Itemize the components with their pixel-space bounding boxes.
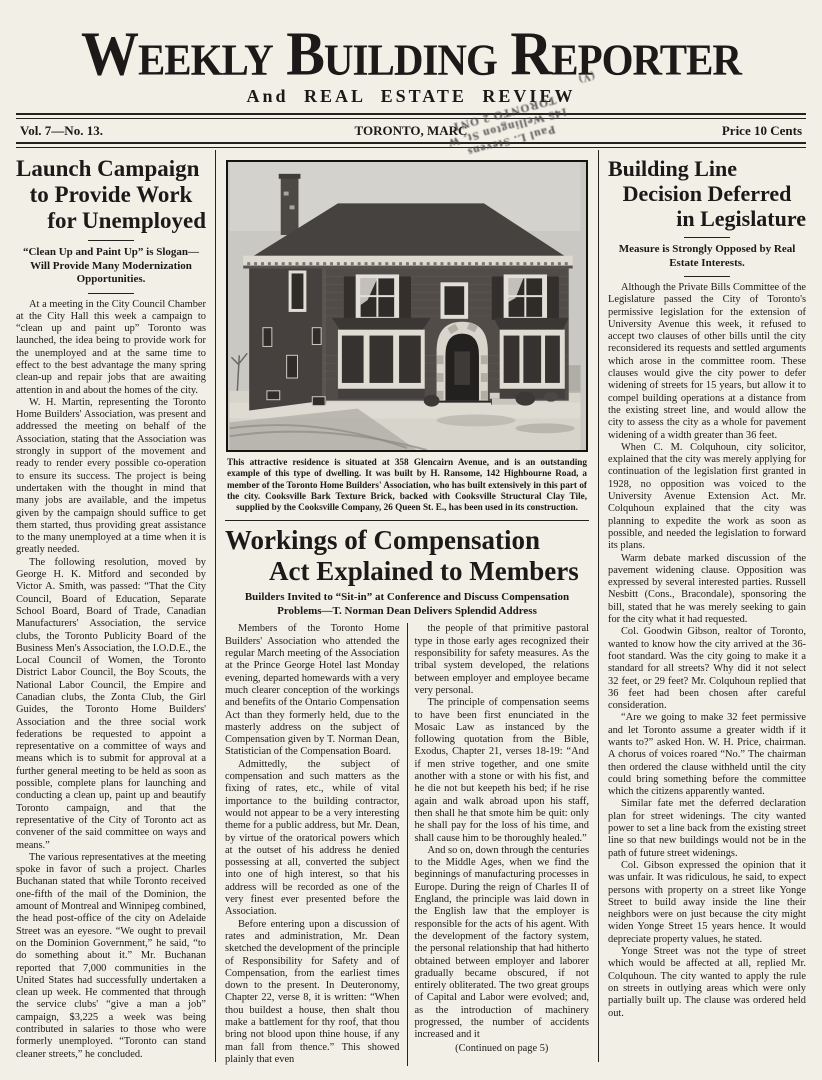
right-subhead: Measure is Strongly Opposed by Real Esta… <box>608 243 806 270</box>
column-rule <box>215 150 216 1062</box>
center-subhead: Builders Invited to “Sit-in” at Conferen… <box>225 591 589 618</box>
left-article: Launch Campaign to Provide Work for Unem… <box>16 150 206 1062</box>
divider-dash <box>684 276 730 277</box>
right-body: Although the Private Bills Committee of … <box>608 282 806 1020</box>
paragraph: the people of that primitive pastoral ty… <box>415 623 590 697</box>
paper-title: Weekly Building Reporter <box>16 22 806 87</box>
left-subhead: “Clean Up and Paint Up” is Slogan— Will … <box>16 246 206 287</box>
column-rule <box>407 623 408 1066</box>
paragraph: Warm debate marked discussion of the pav… <box>608 553 806 627</box>
paragraph: Although the Private Bills Committee of … <box>608 282 806 442</box>
paragraph: At a meeting in the City Council Chamber… <box>16 299 206 397</box>
paragraph: Members of the Toronto Home Builders' As… <box>225 623 400 758</box>
left-headline-line2: to Provide Work <box>16 182 206 208</box>
paragraph: Before entering upon a discussion of rat… <box>225 919 400 1067</box>
column-rule <box>598 150 599 1062</box>
page-columns: Launch Campaign to Provide Work for Unem… <box>16 150 806 1062</box>
divider-dash <box>88 293 134 294</box>
paragraph: And so on, down through the centuries to… <box>415 845 590 1042</box>
paragraph: When C. M. Colquhoun, city solicitor, ex… <box>608 442 806 553</box>
house-photo <box>226 160 588 452</box>
center-body-col2: the people of that primitive pastoral ty… <box>415 623 590 1066</box>
paragraph: W. H. Martin, representing the Toronto H… <box>16 397 206 557</box>
center-body-col2-text: the people of that primitive pastoral ty… <box>415 623 590 1041</box>
divider-dash <box>684 237 730 238</box>
center-subhead-line1: Builders Invited to “Sit-in” at Conferen… <box>225 591 589 605</box>
center-column: SPLENDID NORTH TORONTO HO <box>225 150 589 1062</box>
paragraph: Admittedly, the subject of compensation … <box>225 759 400 919</box>
paragraph: Col. Goodwin Gibson, realtor of Toronto,… <box>608 626 806 712</box>
right-headline: Building Line Decision Deferred in Legis… <box>608 156 806 231</box>
left-body: At a meeting in the City Council Chamber… <box>16 299 206 1061</box>
paragraph: Col. Gibson expressed the opinion that i… <box>608 860 806 946</box>
center-subhead-line2: Problems—T. Norman Dean Delivers Splendi… <box>225 605 589 619</box>
right-headline-line2: Decision Deferred <box>608 181 806 206</box>
divider-dash <box>88 240 134 241</box>
left-headline-line1: Launch Campaign <box>16 156 206 182</box>
right-headline-line3: in Legislature <box>608 206 806 231</box>
right-article: Building Line Decision Deferred in Legis… <box>608 150 806 1062</box>
center-body-columns: Members of the Toronto Home Builders' As… <box>225 623 589 1066</box>
paragraph: The principle of compensation seems to h… <box>415 697 590 845</box>
paragraph: Yonge Street was not the type of street … <box>608 946 806 1020</box>
left-headline: Launch Campaign to Provide Work for Unem… <box>16 156 206 234</box>
center-headline: Workings of Compensation Act Explained t… <box>225 525 589 587</box>
left-headline-line3: for Unemployed <box>16 208 206 234</box>
paragraph: The various representatives at the meeti… <box>16 852 206 1061</box>
paper-subtitle: And REAL ESTATE REVIEW <box>16 86 806 107</box>
paragraph: Similar fate met the deferred declaratio… <box>608 798 806 859</box>
newspaper-page: Weekly Building Reporter And REAL ESTATE… <box>0 0 822 1080</box>
continued-note: (Continued on page 5) <box>415 1043 590 1054</box>
center-headline-line2: Act Explained to Members <box>225 556 589 587</box>
right-headline-line1: Building Line <box>608 156 806 181</box>
section-rule <box>225 520 589 521</box>
center-headline-line1: Workings of Compensation <box>225 525 589 556</box>
photo-caption: This attractive residence is situated at… <box>225 457 589 513</box>
paragraph: “Are we going to make 32 feet permissive… <box>608 712 806 798</box>
center-body-col1: Members of the Toronto Home Builders' As… <box>225 623 400 1066</box>
house-photo-art <box>228 162 582 450</box>
masthead: Weekly Building Reporter And REAL ESTATE… <box>16 0 806 107</box>
paragraph: The following resolution, moved by Georg… <box>16 557 206 852</box>
